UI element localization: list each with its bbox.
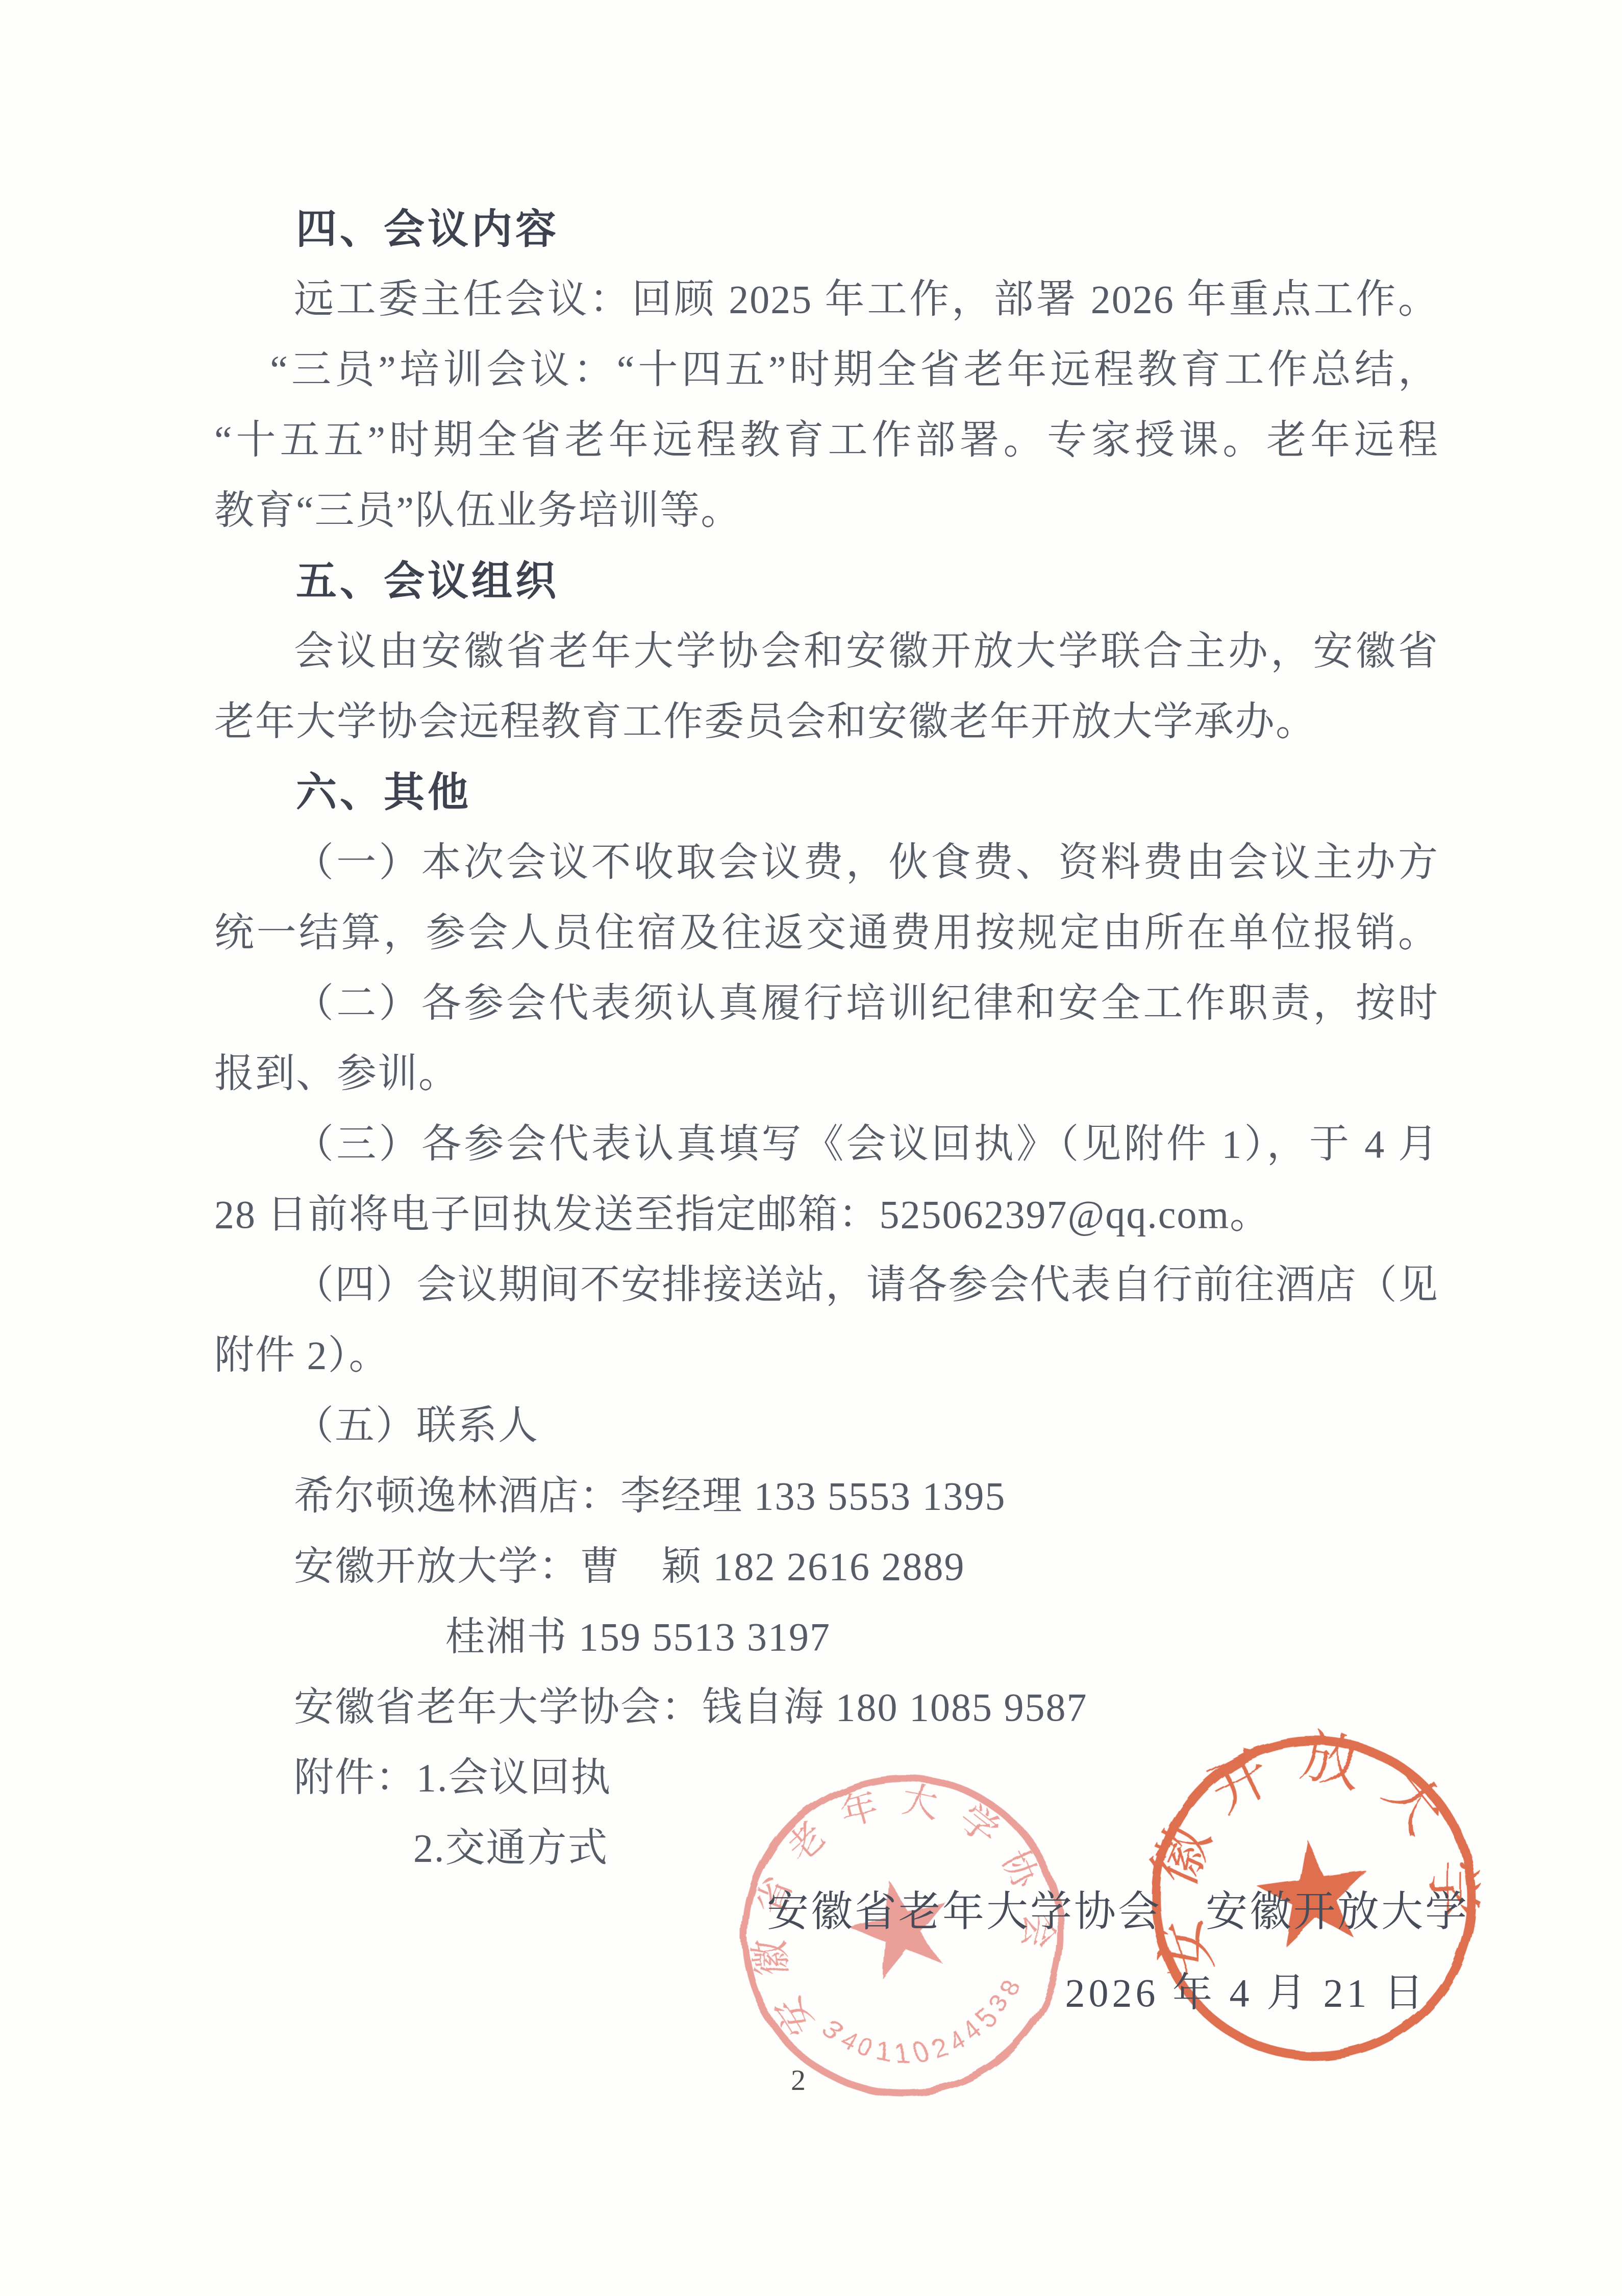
page-number: 2	[791, 2063, 806, 2097]
text-line: 统一结算，参会人员住宿及往返交通费用按规定由所在单位报销。	[214, 898, 1439, 968]
scanned-document-page: 四、会议内容远工委主任会议：回顾 2025 年工作，部署 2026 年重点工作。…	[0, 0, 1622, 2296]
text-line: 安徽省老年大学协会：钱自海 180 1085 9587	[214, 1672, 1439, 1743]
signature-date: 2026 年 4 月 21 日	[1065, 1961, 1427, 2018]
section-heading: 五、会议组织	[214, 546, 1439, 616]
text-line: （四）会议期间不安排接送站，请各参会代表自行前往酒店（见	[214, 1250, 1439, 1320]
text-line: 安徽开放大学：曹 颖 182 2616 2889	[214, 1531, 1439, 1602]
section-heading: 六、其他	[214, 757, 1439, 827]
text-line: 会议由安徽省老年大学协会和安徽开放大学联合主办，安徽省	[214, 616, 1439, 687]
text-line: （二）各参会代表须认真履行培训纪律和安全工作职责，按时	[214, 968, 1439, 1039]
text-line: 附件 2）。	[214, 1320, 1439, 1391]
signature-organizations: 安徽省老年大学协会 安徽开放大学	[767, 1878, 1469, 1938]
text-line: 老年大学协会远程教育工作委员会和安徽老年开放大学承办。	[214, 687, 1439, 757]
text-line: 28 日前将电子回执发送至指定邮箱：525062397@qq.com。	[214, 1179, 1439, 1250]
text-line: “三员”培训会议：“十四五”时期全省老年远程教育工作总结，	[214, 335, 1439, 405]
text-line: 桂湘书 159 5513 3197	[214, 1602, 1439, 1672]
text-line: （三）各参会代表认真填写《会议回执》（见附件 1），于 4 月	[214, 1109, 1439, 1179]
svg-text:340110244538: 340110244538	[813, 1963, 1042, 2091]
text-line: 报到、参训。	[214, 1039, 1439, 1109]
text-line: “十五五”时期全省老年远程教育工作部署。专家授课。老年远程	[214, 405, 1439, 475]
section-heading: 四、会议内容	[214, 194, 1439, 264]
text-line: 教育“三员”队伍业务培训等。	[214, 475, 1439, 546]
text-line: 希尔顿逸林酒店：李经理 133 5553 1395	[214, 1461, 1439, 1531]
text-line: （五）联系人	[214, 1391, 1439, 1461]
text-line: （一）本次会议不收取会议费，伙食费、资料费由会议主办方	[214, 827, 1439, 898]
document-body: 四、会议内容远工委主任会议：回顾 2025 年工作，部署 2026 年重点工作。…	[214, 194, 1439, 1883]
text-line: 2.交通方式	[214, 1813, 1439, 1883]
text-line: 附件：1.会议回执	[214, 1743, 1439, 1813]
text-line: 远工委主任会议：回顾 2025 年工作，部署 2026 年重点工作。	[214, 264, 1439, 335]
seal-serial-number: 340110244538	[813, 1963, 1042, 2091]
